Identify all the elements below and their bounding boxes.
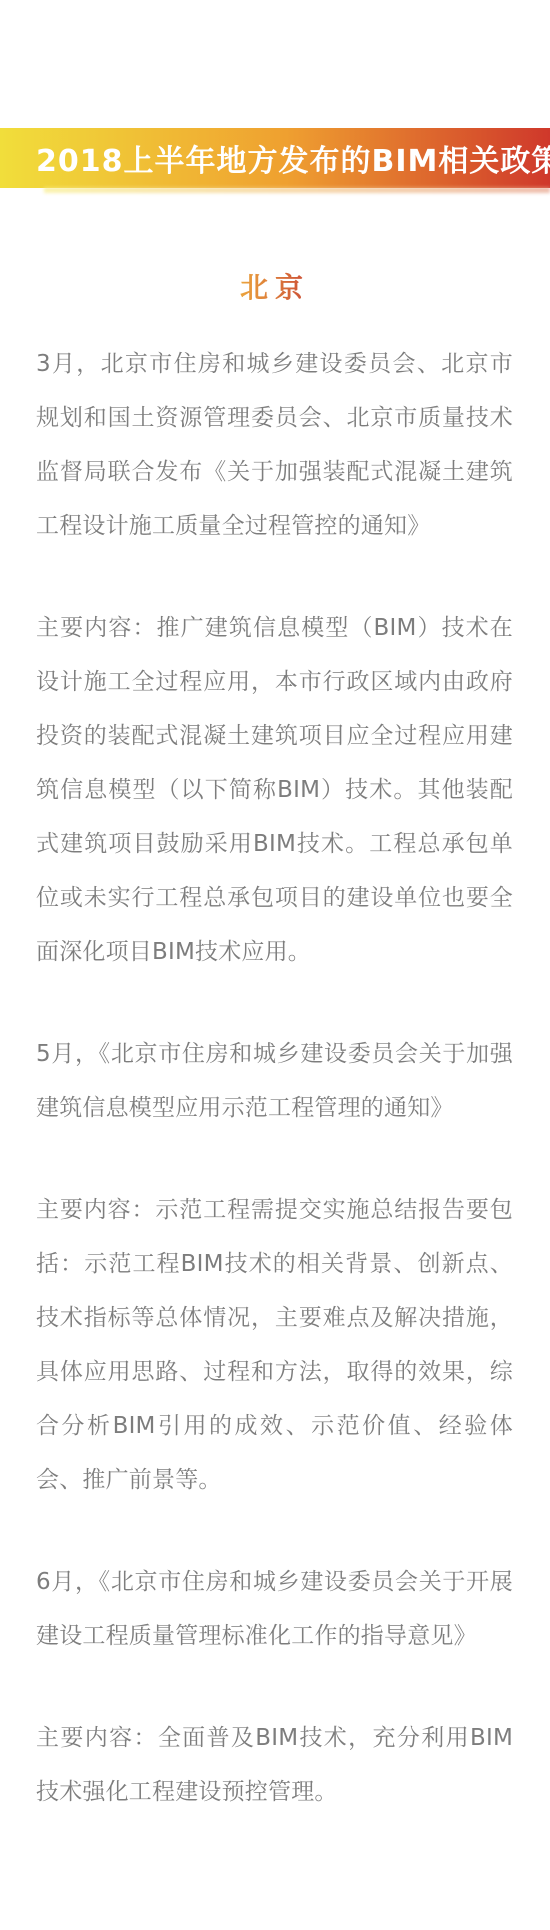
- paragraph-main-content-june: 主要内容：全面普及BIM技术，充分利用BIM技术强化工程建设预控管理。: [36, 1711, 513, 1819]
- city-section-heading: 北京: [0, 272, 550, 304]
- article-page: 2018上半年地方发布的BIM相关政策 北京 3月，北京市住房和城乡建设委员会、…: [0, 0, 550, 1930]
- city-name: 北京: [240, 272, 310, 304]
- banner-title: 2018上半年地方发布的BIM相关政策: [36, 136, 550, 180]
- paragraph-main-content-may: 主要内容：示范工程需提交实施总结报告要包括：示范工程BIM技术的相关背景、创新点…: [36, 1183, 513, 1507]
- paragraph-policy-may: 5月，《北京市住房和城乡建设委员会关于加强建筑信息模型应用示范工程管理的通知》: [36, 1027, 513, 1135]
- article-body: 3月，北京市住房和城乡建设委员会、北京市规划和国土资源管理委员会、北京市质量技术…: [36, 337, 513, 1819]
- paragraph-policy-june: 6月，《北京市住房和城乡建设委员会关于开展建设工程质量管理标准化工作的指导意见》: [36, 1555, 513, 1663]
- paragraph-policy-march: 3月，北京市住房和城乡建设委员会、北京市规划和国土资源管理委员会、北京市质量技术…: [36, 337, 513, 553]
- paragraph-main-content-march: 主要内容：推广建筑信息模型（BIM）技术在设计施工全过程应用，本市行政区域内由政…: [36, 601, 513, 979]
- header-banner: 2018上半年地方发布的BIM相关政策: [0, 128, 550, 188]
